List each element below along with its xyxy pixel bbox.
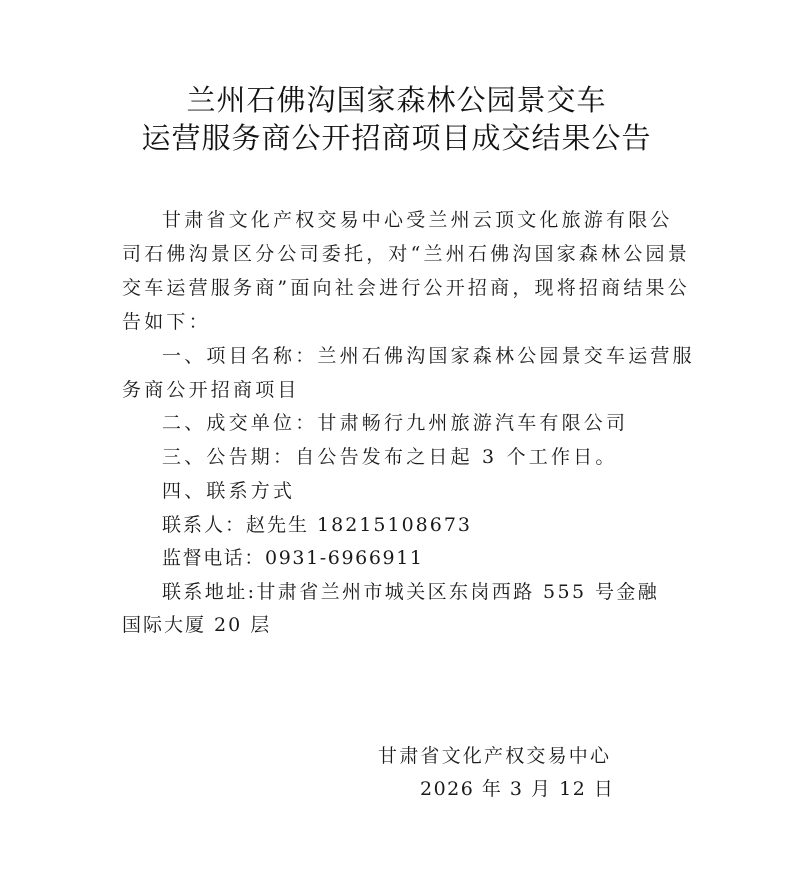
intro-line-2: 司石佛沟景区分公司委托，对“兰州石佛沟国家森林公园景 xyxy=(122,239,690,266)
address-line-2: 国际大厦 20 层 xyxy=(122,610,271,637)
contact-person: 联系人：赵先生 18215108673 xyxy=(162,510,472,537)
project-name-line-1: 一、项目名称：兰州石佛沟国家森林公园景交车运营服 xyxy=(162,341,695,368)
intro-line-4: 告如下： xyxy=(122,307,211,334)
document-title-line-2: 运营服务商公开招商项目成交结果公告 xyxy=(0,116,793,157)
address-line-1: 联系地址:甘肃省兰州市城关区东岗西路 555 号金融 xyxy=(162,577,659,604)
item-winning-bidder: 二、成交单位：甘肃畅行九州旅游汽车有限公司 xyxy=(162,408,628,435)
document-title-line-1: 兰州石佛沟国家森林公园景交车 xyxy=(0,78,793,119)
intro-line-1: 甘肃省文化产权交易中心受兰州云顶文化旅游有限公 xyxy=(162,205,673,232)
signature-date: 2026 年 3 月 12 日 xyxy=(420,774,614,801)
item-contact-heading: 四、联系方式 xyxy=(162,476,295,503)
item-announcement-period: 三、公告期：自公告发布之日起 3 个工作日。 xyxy=(162,442,618,469)
intro-line-3: 交车运营服务商”面向社会进行公开招商，现将招商结果公 xyxy=(122,273,690,300)
supervision-phone: 监督电话：0931-6966911 xyxy=(162,543,424,570)
project-name-line-2: 务商公开招商项目 xyxy=(122,375,300,402)
signature-organization: 甘肃省文化产权交易中心 xyxy=(378,741,611,768)
